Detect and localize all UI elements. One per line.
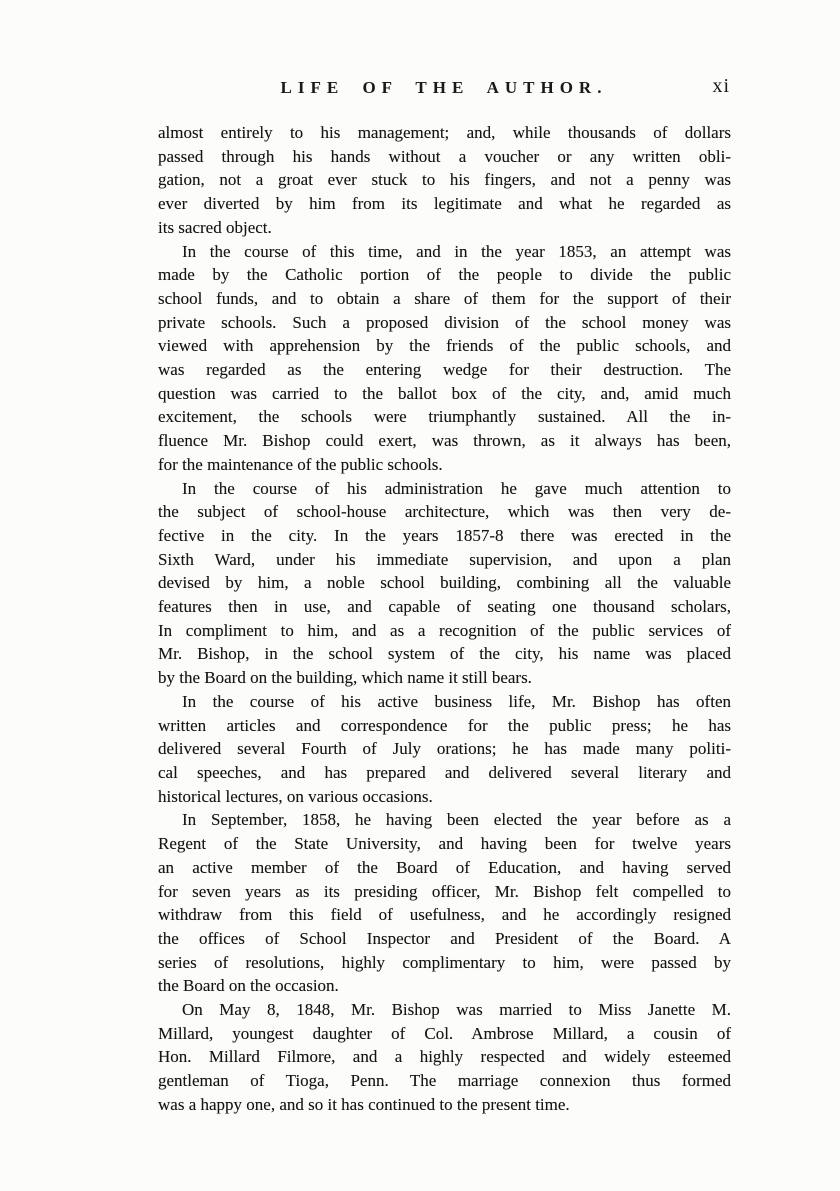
paragraph: In the course of his active business lif… [158,690,731,809]
text-line: almost entirely to his management; and, … [158,121,731,145]
text-line: excitement, the schools were triumphantl… [158,405,731,429]
text-line: written articles and correspondence for … [158,714,731,738]
page-number: xi [712,75,730,98]
text-line: was regarded as the entering wedge for t… [158,358,731,382]
text-line: In the course of this time, and in the y… [158,240,731,264]
text-line: withdraw from this field of usefulness, … [158,903,731,927]
text-line: school funds, and to obtain a share of t… [158,287,731,311]
text-line: private schools. Such a proposed divisio… [158,311,731,335]
text-line: Regent of the State University, and havi… [158,832,731,856]
page-title: LIFE OF THE AUTHOR. [158,78,730,98]
text-line: Sixth Ward, under his immediate supervis… [158,548,731,572]
text-line: gation, not a groat ever stuck to his fi… [158,168,731,192]
paragraph: On May 8, 1848, Mr. Bishop was married t… [158,998,731,1117]
paragraph: almost entirely to his management; and, … [158,121,731,240]
text-line: Mr. Bishop, in the school system of the … [158,642,731,666]
text-line: for the maintenance of the public school… [158,453,731,477]
paragraph: In the course of this time, and in the y… [158,240,731,477]
text-line: cal speeches, and has prepared and deliv… [158,761,731,785]
text-line: historical lectures, on various occasion… [158,785,731,809]
text-line: gentleman of Tioga, Penn. The marriage c… [158,1069,731,1093]
paragraph: In the course of his administration he g… [158,477,731,690]
text-line: In September, 1858, he having been elect… [158,808,731,832]
text-line: question was carried to the ballot box o… [158,382,731,406]
text-line: fective in the city. In the years 1857-8… [158,524,731,548]
page-body: almost entirely to his management; and, … [158,121,731,1117]
text-line: the subject of school-house architecture… [158,500,731,524]
text-line: ever diverted by him from its legitimate… [158,192,731,216]
text-line: viewed with apprehension by the friends … [158,334,731,358]
paragraph: In September, 1858, he having been elect… [158,808,731,998]
text-line: On May 8, 1848, Mr. Bishop was married t… [158,998,731,1022]
text-line: series of resolutions, highly compliment… [158,951,731,975]
text-line: features then in use, and capable of sea… [158,595,731,619]
text-line: In compliment to him, and as a recogniti… [158,619,731,643]
text-line: passed through his hands without a vouch… [158,145,731,169]
text-line: delivered several Fourth of July oration… [158,737,731,761]
text-line: Hon. Millard Filmore, and a highly respe… [158,1045,731,1069]
book-page: LIFE OF THE AUTHOR. xi almost entirely t… [0,0,840,1191]
text-line: devised by him, a noble school building,… [158,571,731,595]
text-line: the offices of School Inspector and Pres… [158,927,731,951]
text-line: In the course of his active business lif… [158,690,731,714]
text-line: its sacred object. [158,216,731,240]
running-head: LIFE OF THE AUTHOR. xi [158,78,730,102]
text-line: made by the Catholic portion of the peop… [158,263,731,287]
text-line: was a happy one, and so it has continued… [158,1093,731,1117]
text-line: the Board on the occasion. [158,974,731,998]
text-line: Millard, youngest daughter of Col. Ambro… [158,1022,731,1046]
text-line: In the course of his administration he g… [158,477,731,501]
text-line: an active member of the Board of Educati… [158,856,731,880]
text-line: fluence Mr. Bishop could exert, was thro… [158,429,731,453]
text-line: for seven years as its presiding officer… [158,880,731,904]
text-line: by the Board on the building, which name… [158,666,731,690]
